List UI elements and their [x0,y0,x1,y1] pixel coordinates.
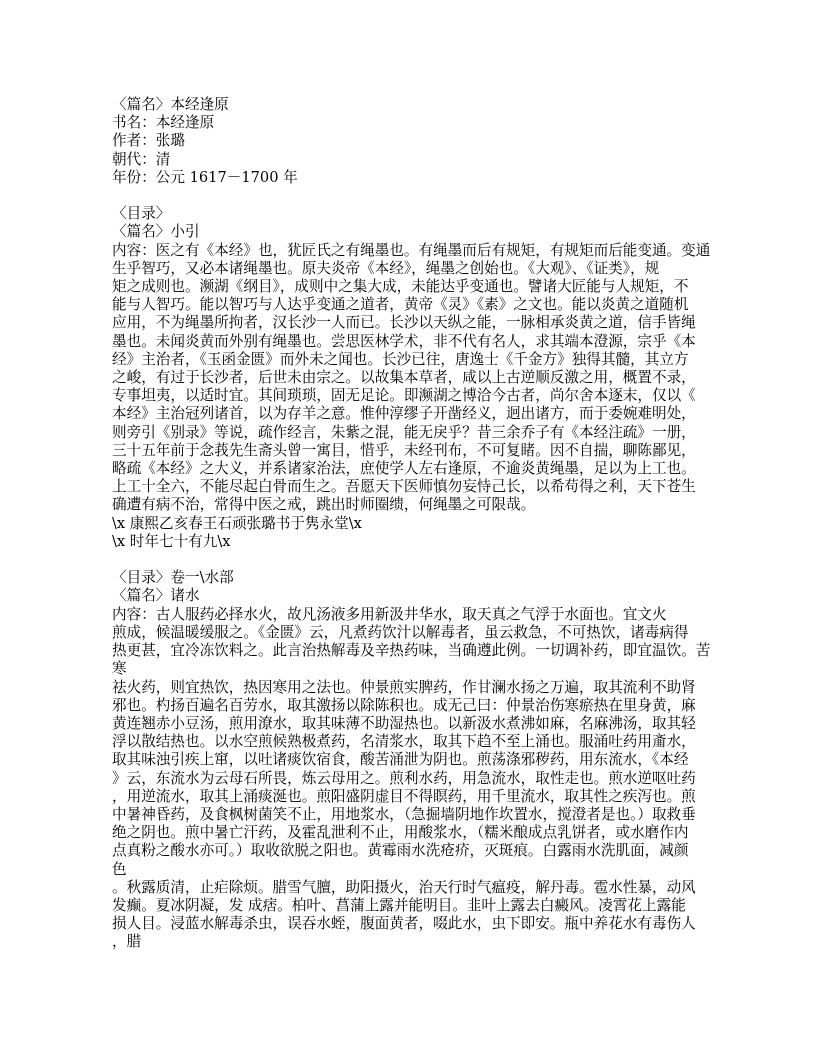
text-line: 墨也。未闻炎黄而外别有绳墨也。尝思医林学术，非不代有名人，求其端本澄源，宗乎《本 [112,333,732,351]
text-line: ，腊 [112,933,732,951]
text-line: 〈目录〉卷一\水部 [112,569,732,587]
text-line: 三十五年前于念莪先生斋头曾一寓目，惜乎，未经刊布，不可复睹。因不自揣，聊陈鄙见， [112,442,732,460]
document-page: 〈篇名〉本经逢原书名：本经逢原作者：张璐朝代：清年份：公元 1617－1700 … [0,0,816,1056]
text-line: 》云，东流水为云母石所畏，炼云母用之。煎利水药，用急流水，取性走也。煎水逆呕吐药 [112,770,732,788]
text-line: 绝之阴也。煎中暑亡汗药，及霍乱泄利不止，用酸浆水，（糯米酿成点乳饼者，或水磨作内 [112,824,732,842]
text-line: 略疏《本经》之大义，并系诸家治法，庶使学人左右逢原，不逾炎黄绳墨，足以为上工也。 [112,460,732,478]
text-line: 寒 [112,660,732,678]
text-line: 损人目。浸蓝水解毒杀虫，误吞水蛭，腹面黄者，啜此水，虫下即安。瓶中养花水有毒伤人 [112,915,732,933]
text-line: 内容：古人服药必择水火，故凡汤液多用新汲井华水，取天真之气浮于水面也。宜文火 [112,606,732,624]
text-line: 〈篇名〉诸水 [112,587,732,605]
text-line: 热更甚，宜冷冻饮料之。此言治热解毒及辛热药味，当确遵此例。一切调补药，即宜温饮。… [112,642,732,660]
text-line: 年份：公元 1617－1700 年 [112,169,732,187]
text-line: 中暑神昏药，及食枫树菌笑不止，用地浆水，（急掘墙阴地作坎置水，搅澄者是也。）取救… [112,806,732,824]
text-line: 煎成，候温暖缓服之。《金匮》云，凡煮药饮汁以解毒者，虽云救急，不可热饮，诸毒病得 [112,624,732,642]
text-line: 〈篇名〉小引 [112,223,732,241]
text-line [112,187,732,205]
text-line: 点真粉之酸水亦可。）取收欲脱之阳也。黄霉雨水洗疮疥，灭斑痕。白露雨水洗肌面，减颜 [112,842,732,860]
text-line: 上工十全六，不能尽起白骨而生之。吾愿天下医师慎勿妄恃己长，以希苟得之利，天下苍生 [112,478,732,496]
text-line: 书名：本经逢原 [112,114,732,132]
text-line [112,551,732,569]
text-line: 作者：张璐 [112,132,732,150]
text-line: 〈篇名〉本经逢原 [112,96,732,114]
text-line: 取其味浊引疾上窜，以吐诸痰饮宿食，酸苦涌泄为阴也。煎荡涤邪秽药，用东流水，《本经 [112,751,732,769]
text-line: 朝代：清 [112,151,732,169]
text-line: 则旁引《别录》等说，疏作经言，朱紫之混，能无戾乎？昔三余乔子有《本经注疏》一册， [112,424,732,442]
text-line: 应用，不为绳墨所拘者，汉长沙一人而已。长沙以天纵之能，一脉相承炎黄之道，信手皆绳 [112,314,732,332]
text-line: 黄连翘赤小豆汤，煎用潦水，取其味薄不助湿热也。以新汲水煮沸如麻，名麻沸汤，取其轻 [112,715,732,733]
text-line: 生乎智巧，又必本诸绳墨也。原夫炎帝《本经》，绳墨之创始也。《大观》、《证类》，规 [112,260,732,278]
text-line: 专事坦夷，以适时宜。其间琐琐，固无足论。即濒湖之博洽今古者，尚尔舍本逐末，仅以《 [112,387,732,405]
text-line: 确遭有病不治，常得中医之戒，跳出时师圈缋，何绳墨之可限哉。 [112,496,732,514]
text-line: 。秋露质清，止疟除烦。腊雪气膻，助阳摄火，治天行时气瘟疫，解丹毒。雹水性暴，动风 [112,879,732,897]
text-line: 内容：医之有《本经》也，犹匠氏之有绳墨也。有绳墨而后有规矩，有规矩而后能变通。变… [112,242,732,260]
text-line: 之峻，有过于长沙者，后世未由宗之。以故集本草者，咸以上古逆顺反激之用，概置不录， [112,369,732,387]
text-line: 本经》主治冠列诸首，以为存羊之意。惟仲淳缪子开凿经义，迥出诸方，而于委婉难明处， [112,405,732,423]
text-line: 能与人智巧。能以智巧与人达乎变通之道者，黄帝《灵》《素》之文也。能以炎黄之道随机 [112,296,732,314]
text-line: 〈目录〉 [112,205,732,223]
text-line: \x 时年七十有九\x [112,533,732,551]
text-line: ，用逆流水，取其上涌痰涎也。煎阳盛阴虚目不得瞑药，用千里流水，取其性之疾泻也。煎 [112,788,732,806]
text-line: 发癫。夏冰阴凝，发 成痞。柏叶、菖蒲上露并能明目。韭叶上露去白癜风。凌霄花上露能 [112,897,732,915]
text-line: 邪也。杓扬百遍名百劳水，取其激扬以除陈积也。成无己曰：仲景治伤寒瘀热在里身黄，麻 [112,697,732,715]
text-line: 色 [112,861,732,879]
text-line: 浮以散结热也。以水空煎候熟极煮药，名清浆水，取其下趋不至上涌也。服涌吐药用齑水， [112,733,732,751]
text-line: 矩之成则也。濒湖《纲目》，成则中之集大成，未能达乎变通也。譬诸大匠能与人规矩，不 [112,278,732,296]
text-line: 祛火药，则宜热饮，热因寒用之法也。仲景煎实脾药，作甘澜水扬之万遍，取其流利不助肾 [112,679,732,697]
text-line: \x 康熙乙亥春王石顽张璐书于隽永堂\x [112,515,732,533]
text-lines: 〈篇名〉本经逢原书名：本经逢原作者：张璐朝代：清年份：公元 1617－1700 … [112,96,732,952]
text-line: 经》主治者，《玉函金匮》而外未之闻也。长沙已往，唐逸士《千金方》独得其髓，其立方 [112,351,732,369]
